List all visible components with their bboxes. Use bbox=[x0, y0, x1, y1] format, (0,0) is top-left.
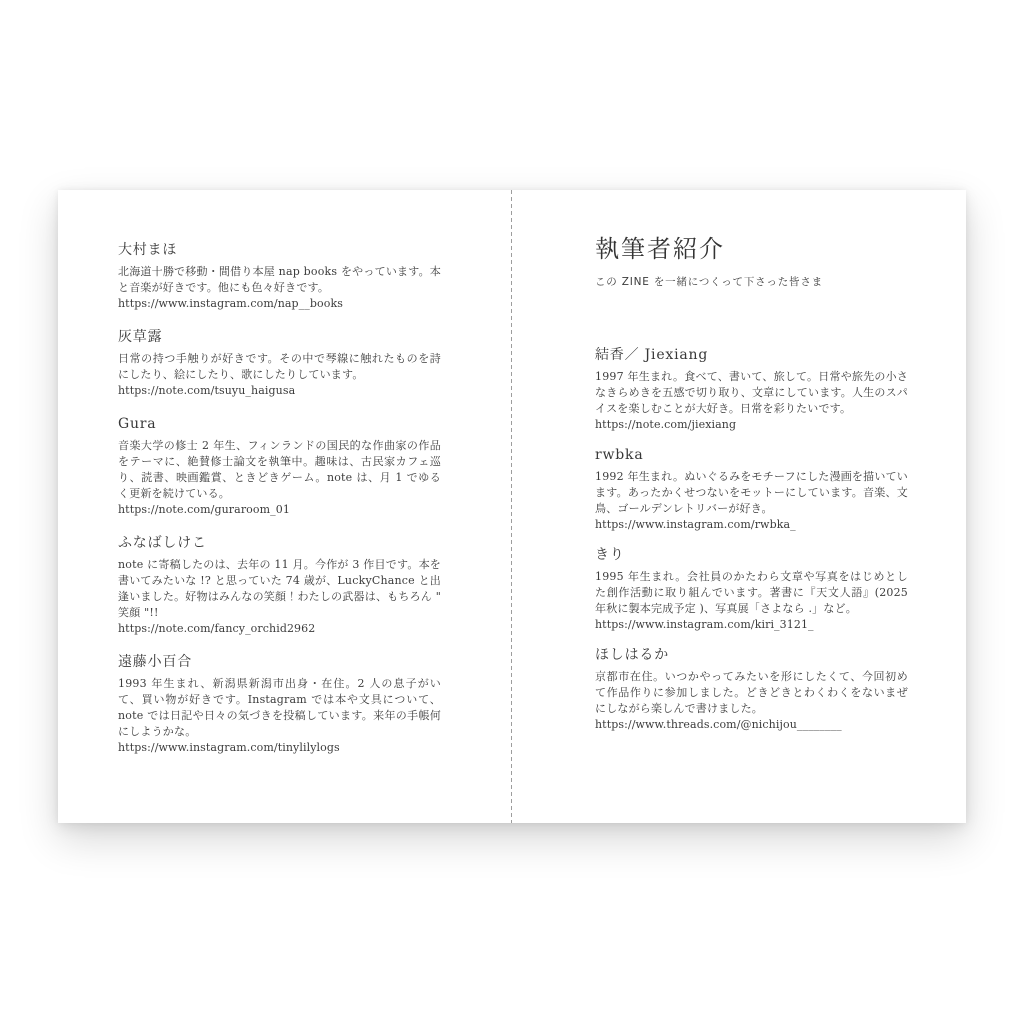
contributor-bio: 音楽大学の修士 2 年生、フィンランドの国民的な作曲家の作品をテーマに、絶賛修士… bbox=[118, 438, 441, 502]
contributor-url: https://note.com/tsuyu_haigusa bbox=[118, 383, 441, 399]
contributor-entry: 遠藤小百合 1993 年生まれ、新潟県新潟市出身・在住。2 人の息子がいて、買い… bbox=[118, 652, 441, 756]
contributor-url: https://www.instagram.com/kiri_3121_ bbox=[595, 617, 908, 633]
contributor-bio: 1993 年生まれ、新潟県新潟市出身・在住。2 人の息子がいて、買い物が好きです… bbox=[118, 676, 441, 740]
contributor-entry: 結香／ Jiexiang 1997 年生まれ。食べて、書いて、旅して。日常や旅先… bbox=[595, 345, 908, 433]
center-fold-dashed-line bbox=[511, 190, 512, 823]
contributor-bio: 北海道十勝で移動・間借り本屋 nap books をやっています。本と音楽が好き… bbox=[118, 264, 441, 296]
contributor-entry: きり 1995 年生まれ。会社員のかたわら文章や写真をはじめとした創作活動に取り… bbox=[595, 545, 908, 633]
contributor-name: きり bbox=[595, 545, 908, 565]
contributor-url: https://www.instagram.com/tinylilylogs bbox=[118, 740, 441, 756]
contributor-bio: note に寄稿したのは、去年の 11 月。今作が 3 作目です。本を書いてみた… bbox=[118, 557, 441, 621]
contributor-url: https://www.instagram.com/nap__books bbox=[118, 296, 441, 312]
contributor-name: ほしはるか bbox=[595, 645, 908, 665]
contributor-name: 大村まほ bbox=[118, 240, 441, 260]
contributor-name: 結香／ Jiexiang bbox=[595, 345, 908, 365]
contributor-bio: 1997 年生まれ。食べて、書いて、旅して。日常や旅先の小さなきらめきを五感で切… bbox=[595, 369, 908, 417]
contributor-url: https://note.com/jiexiang bbox=[595, 417, 908, 433]
contributor-name: Gura bbox=[118, 414, 441, 434]
page-subtitle: この ZINE を一緒につくって下さった皆さま bbox=[595, 275, 908, 289]
contributor-name: 遠藤小百合 bbox=[118, 652, 441, 672]
contributor-url: https://note.com/guraroom_01 bbox=[118, 502, 441, 518]
contributor-name: rwbka bbox=[595, 445, 908, 465]
contributor-bio: 日常の持つ手触りが好きです。その中で琴線に触れたものを詩にしたり、絵にしたり、歌… bbox=[118, 351, 441, 383]
page-title: 執筆者紹介 bbox=[595, 232, 908, 266]
contributor-url: https://www.threads.com/@nichijou_______… bbox=[595, 717, 908, 733]
contributor-entry: rwbka 1992 年生まれ。ぬいぐるみをモチーフにした漫画を描いています。あ… bbox=[595, 445, 908, 533]
right-page: 執筆者紹介 この ZINE を一緒につくって下さった皆さま 結香／ Jiexia… bbox=[595, 232, 908, 745]
contributor-entry: 大村まほ 北海道十勝で移動・間借り本屋 nap books をやっています。本と… bbox=[118, 240, 441, 312]
contributor-bio: 京都市在住。いつかやってみたいを形にしたくて、今回初めて作品作りに参加しました。… bbox=[595, 669, 908, 717]
contributor-url: https://note.com/fancy_orchid2962 bbox=[118, 621, 441, 637]
zine-open-spread: 大村まほ 北海道十勝で移動・間借り本屋 nap books をやっています。本と… bbox=[58, 190, 966, 823]
contributor-name: 灰草露 bbox=[118, 327, 441, 347]
left-page: 大村まほ 北海道十勝で移動・間借り本屋 nap books をやっています。本と… bbox=[118, 240, 441, 771]
contributor-entry: 灰草露 日常の持つ手触りが好きです。その中で琴線に触れたものを詩にしたり、絵にし… bbox=[118, 327, 441, 399]
contributor-bio: 1992 年生まれ。ぬいぐるみをモチーフにした漫画を描いています。あったかくせつ… bbox=[595, 469, 908, 517]
contributor-bio: 1995 年生まれ。会社員のかたわら文章や写真をはじめとした創作活動に取り組んで… bbox=[595, 569, 908, 617]
contributor-name: ふなばしけこ bbox=[118, 533, 441, 553]
contributor-entry: ふなばしけこ note に寄稿したのは、去年の 11 月。今作が 3 作目です。… bbox=[118, 533, 441, 637]
contributor-entry: ほしはるか 京都市在住。いつかやってみたいを形にしたくて、今回初めて作品作りに参… bbox=[595, 645, 908, 733]
contributor-url: https://www.instagram.com/rwbka_ bbox=[595, 517, 908, 533]
contributor-entry: Gura 音楽大学の修士 2 年生、フィンランドの国民的な作曲家の作品をテーマに… bbox=[118, 414, 441, 518]
